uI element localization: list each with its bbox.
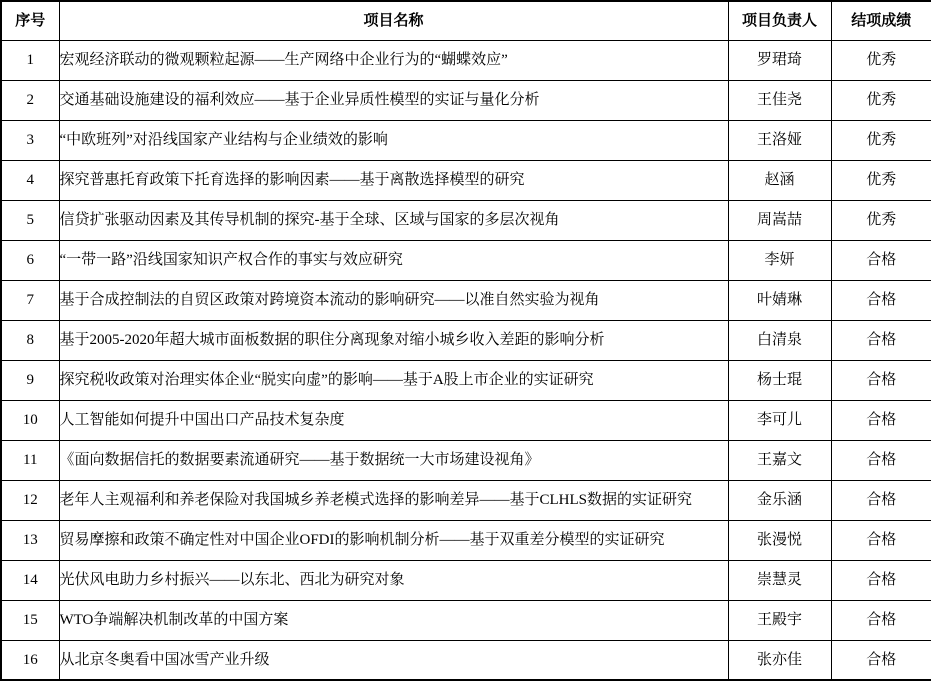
table-row: 3“中欧班列”对沿线国家产业结构与企业绩效的影响王洛娅优秀	[1, 120, 931, 160]
cell-no: 16	[1, 640, 59, 680]
table-row: 16从北京冬奥看中国冰雪产业升级张亦佳合格	[1, 640, 931, 680]
cell-project-leader: 李可儿	[728, 400, 831, 440]
cell-grade: 合格	[831, 640, 931, 680]
cell-project-leader: 王殿宇	[728, 600, 831, 640]
table-row: 10人工智能如何提升中国出口产品技术复杂度李可儿合格	[1, 400, 931, 440]
cell-project-title: 从北京冬奥看中国冰雪产业升级	[59, 640, 728, 680]
cell-grade: 合格	[831, 360, 931, 400]
cell-project-leader: 赵涵	[728, 160, 831, 200]
table-row: 15WTO争端解决机制改革的中国方案王殿宇合格	[1, 600, 931, 640]
cell-no: 13	[1, 520, 59, 560]
table-row: 6“一带一路”沿线国家知识产权合作的事实与效应研究李妍合格	[1, 240, 931, 280]
cell-project-leader: 金乐涵	[728, 480, 831, 520]
cell-grade: 合格	[831, 440, 931, 480]
cell-project-leader: 叶婧琳	[728, 280, 831, 320]
cell-grade: 优秀	[831, 160, 931, 200]
table-row: 4探究普惠托育政策下托育选择的影响因素——基于离散选择模型的研究赵涵优秀	[1, 160, 931, 200]
cell-grade: 合格	[831, 320, 931, 360]
cell-project-title: 光伏风电助力乡村振兴——以东北、西北为研究对象	[59, 560, 728, 600]
cell-no: 11	[1, 440, 59, 480]
table-row: 9探究税收政策对治理实体企业“脱实向虚”的影响——基于A股上市企业的实证研究杨士…	[1, 360, 931, 400]
table-body: 1宏观经济联动的微观颗粒起源——生产网络中企业行为的“蝴蝶效应”罗珺琦优秀2交通…	[1, 40, 931, 680]
cell-grade: 合格	[831, 400, 931, 440]
cell-project-title: 宏观经济联动的微观颗粒起源——生产网络中企业行为的“蝴蝶效应”	[59, 40, 728, 80]
cell-no: 14	[1, 560, 59, 600]
cell-project-title: 交通基础设施建设的福利效应——基于企业异质性模型的实证与量化分析	[59, 80, 728, 120]
cell-project-title: 基于2005-2020年超大城市面板数据的职住分离现象对缩小城乡收入差距的影响分…	[59, 320, 728, 360]
cell-grade: 优秀	[831, 120, 931, 160]
table-row: 7基于合成控制法的自贸区政策对跨境资本流动的影响研究——以准自然实验为视角叶婧琳…	[1, 280, 931, 320]
cell-project-leader: 李妍	[728, 240, 831, 280]
cell-no: 2	[1, 80, 59, 120]
cell-project-title: “中欧班列”对沿线国家产业结构与企业绩效的影响	[59, 120, 728, 160]
cell-grade: 优秀	[831, 200, 931, 240]
header-row: 序号 项目名称 项目负责人 结项成绩	[1, 1, 931, 40]
cell-project-title: 人工智能如何提升中国出口产品技术复杂度	[59, 400, 728, 440]
cell-grade: 合格	[831, 280, 931, 320]
cell-no: 15	[1, 600, 59, 640]
cell-no: 6	[1, 240, 59, 280]
cell-project-leader: 王佳尧	[728, 80, 831, 120]
cell-project-leader: 罗珺琦	[728, 40, 831, 80]
cell-no: 3	[1, 120, 59, 160]
cell-no: 10	[1, 400, 59, 440]
cell-grade: 优秀	[831, 40, 931, 80]
header-project-leader: 项目负责人	[728, 1, 831, 40]
table-row: 13贸易摩擦和政策不确定性对中国企业OFDI的影响机制分析——基于双重差分模型的…	[1, 520, 931, 560]
cell-no: 9	[1, 360, 59, 400]
projects-table: 序号 项目名称 项目负责人 结项成绩 1宏观经济联动的微观颗粒起源——生产网络中…	[0, 0, 931, 681]
cell-project-leader: 王嘉文	[728, 440, 831, 480]
cell-project-title: 探究普惠托育政策下托育选择的影响因素——基于离散选择模型的研究	[59, 160, 728, 200]
table-row: 5信贷扩张驱动因素及其传导机制的探究-基于全球、区域与国家的多层次视角周嵩喆优秀	[1, 200, 931, 240]
cell-project-title: 信贷扩张驱动因素及其传导机制的探究-基于全球、区域与国家的多层次视角	[59, 200, 728, 240]
table-row: 2交通基础设施建设的福利效应——基于企业异质性模型的实证与量化分析王佳尧优秀	[1, 80, 931, 120]
cell-no: 5	[1, 200, 59, 240]
cell-project-leader: 张亦佳	[728, 640, 831, 680]
cell-grade: 合格	[831, 240, 931, 280]
cell-grade: 合格	[831, 600, 931, 640]
table-row: 14光伏风电助力乡村振兴——以东北、西北为研究对象崇慧灵合格	[1, 560, 931, 600]
cell-project-title: 老年人主观福利和养老保险对我国城乡养老模式选择的影响差异——基于CLHLS数据的…	[59, 480, 728, 520]
cell-no: 1	[1, 40, 59, 80]
cell-no: 4	[1, 160, 59, 200]
cell-project-title: 贸易摩擦和政策不确定性对中国企业OFDI的影响机制分析——基于双重差分模型的实证…	[59, 520, 728, 560]
cell-grade: 合格	[831, 520, 931, 560]
cell-no: 12	[1, 480, 59, 520]
cell-project-leader: 周嵩喆	[728, 200, 831, 240]
cell-project-title: 探究税收政策对治理实体企业“脱实向虚”的影响——基于A股上市企业的实证研究	[59, 360, 728, 400]
cell-no: 8	[1, 320, 59, 360]
cell-project-title: WTO争端解决机制改革的中国方案	[59, 600, 728, 640]
header-no: 序号	[1, 1, 59, 40]
cell-project-title: “一带一路”沿线国家知识产权合作的事实与效应研究	[59, 240, 728, 280]
table-row: 12老年人主观福利和养老保险对我国城乡养老模式选择的影响差异——基于CLHLS数…	[1, 480, 931, 520]
table-row: 11《面向数据信托的数据要素流通研究——基于数据统一大市场建设视角》王嘉文合格	[1, 440, 931, 480]
cell-project-leader: 崇慧灵	[728, 560, 831, 600]
cell-no: 7	[1, 280, 59, 320]
cell-grade: 合格	[831, 480, 931, 520]
cell-project-leader: 白清泉	[728, 320, 831, 360]
cell-project-leader: 张漫悦	[728, 520, 831, 560]
cell-project-title: 《面向数据信托的数据要素流通研究——基于数据统一大市场建设视角》	[59, 440, 728, 480]
cell-project-leader: 王洛娅	[728, 120, 831, 160]
cell-grade: 优秀	[831, 80, 931, 120]
header-grade: 结项成绩	[831, 1, 931, 40]
cell-grade: 合格	[831, 560, 931, 600]
cell-project-title: 基于合成控制法的自贸区政策对跨境资本流动的影响研究——以准自然实验为视角	[59, 280, 728, 320]
cell-project-leader: 杨士琨	[728, 360, 831, 400]
table-row: 8基于2005-2020年超大城市面板数据的职住分离现象对缩小城乡收入差距的影响…	[1, 320, 931, 360]
header-project-name: 项目名称	[59, 1, 728, 40]
table-row: 1宏观经济联动的微观颗粒起源——生产网络中企业行为的“蝴蝶效应”罗珺琦优秀	[1, 40, 931, 80]
